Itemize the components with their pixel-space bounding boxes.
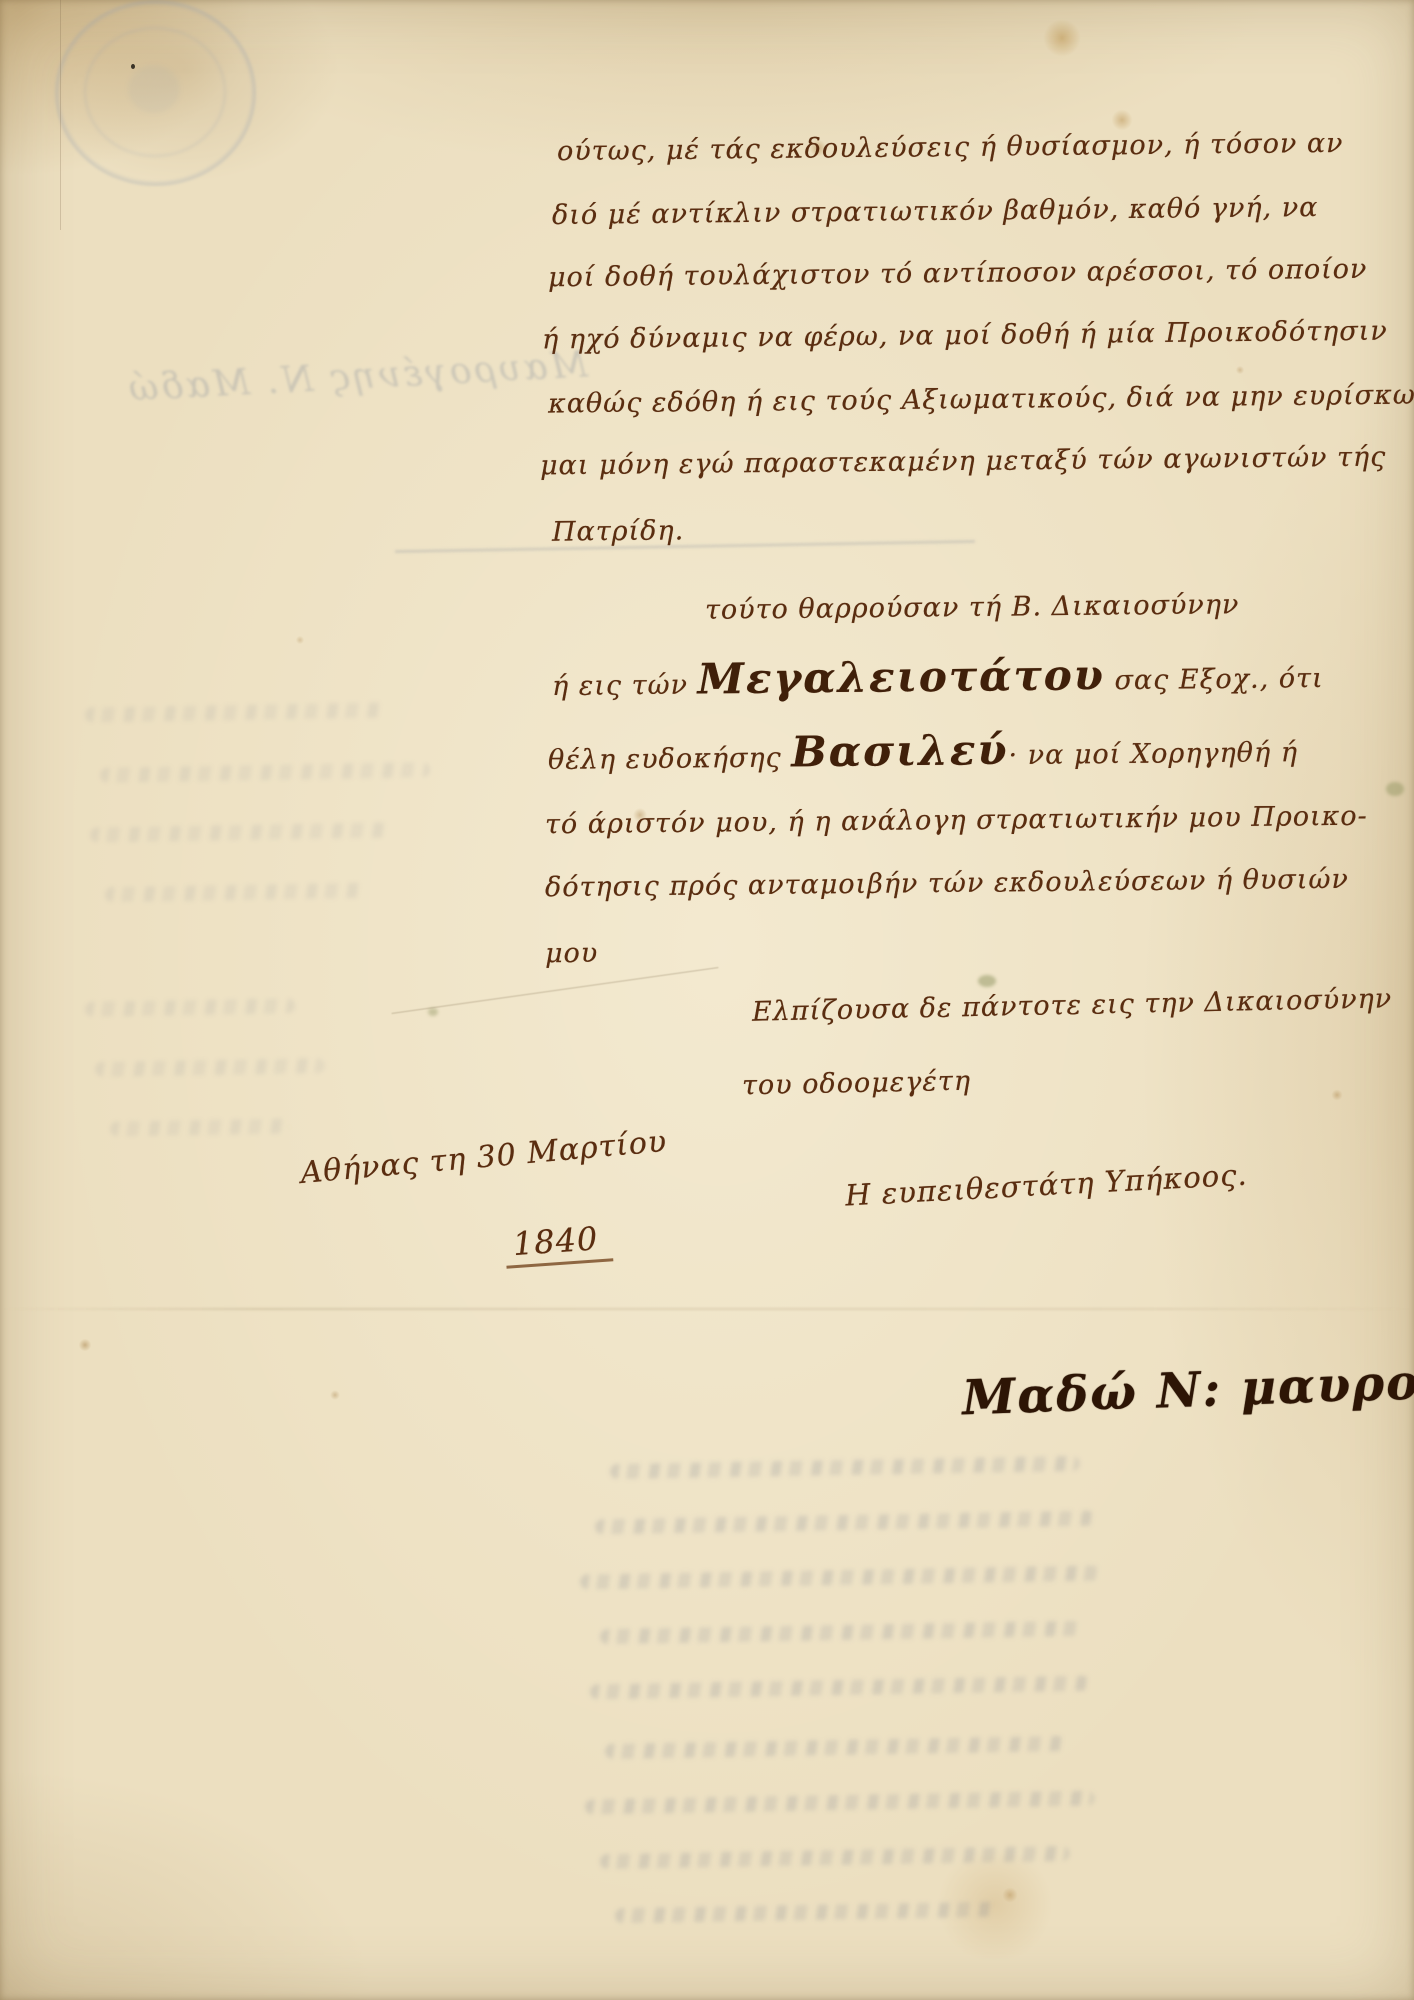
- body-line: μαι μόνη εγώ παραστεκαμένη μεταξύ τών αγ…: [540, 442, 1387, 482]
- body-line: Πατρίδη.: [552, 515, 685, 547]
- bleed-through-line: [600, 1621, 1080, 1644]
- body-line-part: θέλη ευδοκήσης: [548, 742, 792, 776]
- bleed-through-line: [90, 822, 390, 842]
- body-line: τούτο θαρρούσαν τή Β. Δικαιοσύνην: [705, 589, 1240, 626]
- bleed-through-line: [85, 998, 295, 1017]
- horizontal-fold-crease: [0, 1308, 1414, 1310]
- dateline-place: Αθήνας τη 30 Μαρτίου: [299, 1124, 668, 1191]
- letter-page: Μαυρογένης Ν. Μαδώ ούτως, μέ τάς εκδουλε…: [0, 0, 1414, 2000]
- scratch-line: [392, 967, 719, 1014]
- signature: Μαδώ Ν: μαυρογένη: [961, 1350, 1414, 1427]
- valediction: Η ευπειθεστάτη Υπήκοος.: [844, 1157, 1248, 1212]
- ink-fleck: [131, 64, 135, 69]
- dateline-year: 1840: [504, 1218, 614, 1268]
- bleed-through-line: [105, 883, 365, 903]
- body-line: διό μέ αντίκλιν στρατιωτικόν βαθμόν, καθ…: [552, 192, 1319, 231]
- bleed-through-verso-signature: Μαυρογένης Ν. Μαδώ: [67, 344, 588, 412]
- body-line: μοί δοθή τουλάχιστον τό αντίποσον αρέσσο…: [548, 254, 1368, 294]
- seal-center: [128, 65, 180, 113]
- bleed-through-line: [595, 1511, 1095, 1535]
- bleed-through-line: [610, 1456, 1080, 1479]
- body-line: δότησις πρός ανταμοιβήν τών εκδουλεύσεων…: [545, 864, 1349, 903]
- body-line: ούτως, μέ τάς εκδουλεύσεις ή θυσίασμον, …: [557, 128, 1344, 167]
- bleed-through-line: [580, 1565, 1100, 1589]
- bleed-through-line: [590, 1676, 1090, 1700]
- bleed-through-line: [110, 1118, 290, 1136]
- bleed-through-underline: [395, 540, 975, 553]
- body-line: ή εις τών Μεγαλειοτάτου σας Εξοχ., ότι: [552, 648, 1324, 705]
- body-line-part: σας Εξοχ., ότι: [1105, 663, 1324, 696]
- body-line: τό άριστόν μου, ή η ανάλογη στρατιωτικήν…: [545, 801, 1368, 841]
- body-line: καθώς εδόθη ή εις τούς Αξιωματικούς, διά…: [548, 379, 1414, 419]
- emphasized-word-vasilef: Βασιλεύ: [791, 725, 1009, 776]
- body-line-part: · να μοί Χορηγηθή ή: [1008, 737, 1298, 771]
- paper-fold-edge: [60, 0, 61, 230]
- bleed-through-line: [605, 1736, 1065, 1759]
- bleed-through-line: [615, 1902, 995, 1924]
- olive-smudge: [1386, 782, 1404, 796]
- olive-smudge: [428, 1008, 438, 1016]
- bleed-through-line: [85, 702, 385, 722]
- bleed-through-line: [600, 1846, 1070, 1869]
- body-line: μου: [545, 938, 599, 970]
- closing-line: του οδοομεγέτη: [742, 1066, 972, 1102]
- bleed-through-line: [100, 762, 430, 783]
- closing-line: Ελπίζουσα δε πάντοτε εις την Δικαιοσύνην: [752, 983, 1393, 1027]
- embossed-seal-icon: [55, 0, 256, 186]
- body-line-part: ή εις τών: [552, 670, 698, 703]
- body-line: ή ηχό δύναμις να φέρω, να μοί δοθή ή μία…: [542, 316, 1388, 356]
- body-line: θέλη ευδοκήσης Βασιλεύ· να μοί Χορηγηθή …: [548, 722, 1298, 779]
- bleed-through-line: [585, 1791, 1095, 1815]
- bleed-through-line: [95, 1058, 325, 1077]
- olive-smudge: [978, 975, 996, 987]
- emphasized-word-megaleiotatou: Μεγαλειοτάτου: [697, 650, 1105, 703]
